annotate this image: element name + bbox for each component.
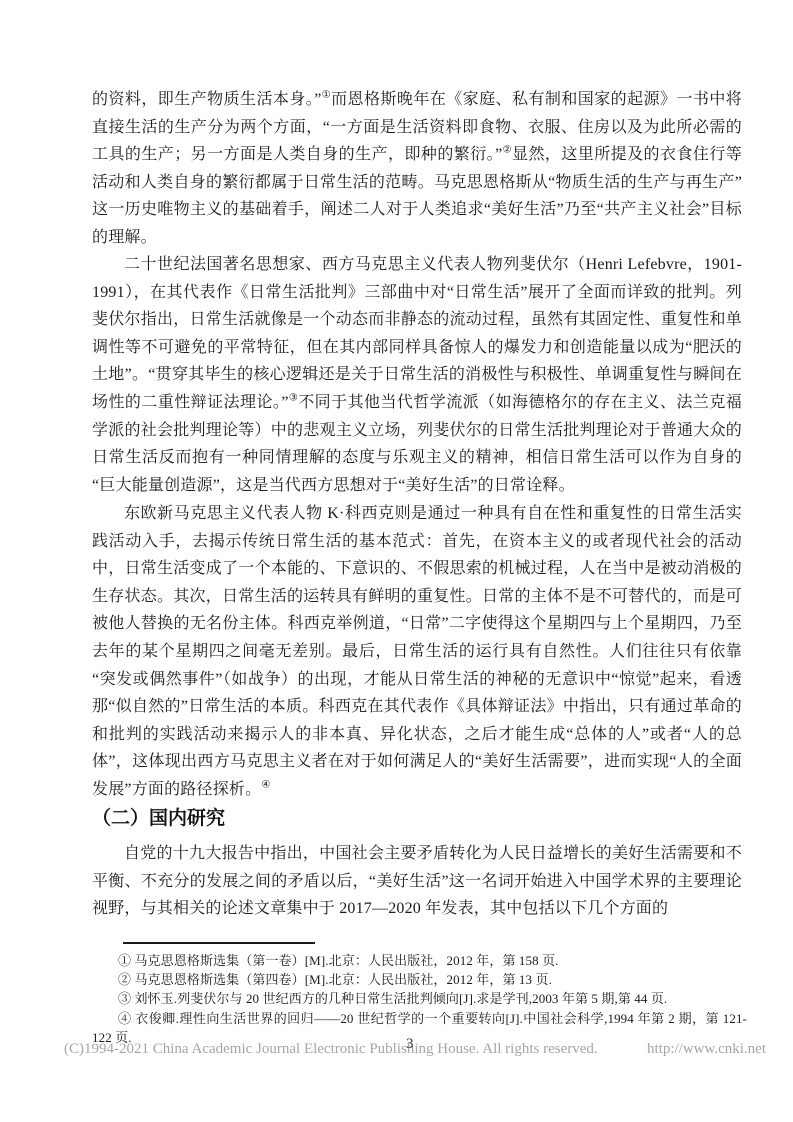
footnote-separator [123,942,315,944]
body-paragraph-continuation: 的资料，即生产物质生活本身。”①而恩格斯晚年在《家庭、私有制和国家的起源》一书中… [92,86,742,252]
cnki-url: http://www.cnki.net [647,1040,766,1058]
copyright-text: (C)1994-2021 China Academic Journal Elec… [64,1040,598,1058]
body-paragraph-lefebvre: 二十世纪法国著名思想家、西方马克思主义代表人物列斐伏尔（Henri Lefebv… [92,251,742,499]
section-heading-domestic-research: （二）国内研究 [92,806,742,832]
footnote-3: ③ 刘怀玉.列斐伏尔与 20 世纪西方的几种日常生活批判倾向[J].求是学刊,2… [92,989,747,1008]
footnote-area: ① 马克思恩格斯选集（第一卷）[M].北京：人民出版社，2012 年，第 158… [92,942,747,1047]
footnote-2: ② 马克思恩格斯选集（第四卷）[M].北京：人民出版社，2012 年，第 13 … [92,970,747,989]
document-page: 的资料，即生产物质生活本身。”①而恩格斯晚年在《家庭、私有制和国家的起源》一书中… [0,0,793,1122]
body-paragraph-kosik: 东欧新马克思主义代表人物 K·科西克则是通过一种具有自在性和重复性的日常生活实践… [92,500,742,804]
body-paragraph-domestic: 自党的十九大报告中指出，中国社会主要矛盾转化为人民日益增长的美好生活需要和不平衡… [92,840,742,923]
page-number: 3 [406,1036,414,1053]
footnote-1: ① 马克思恩格斯选集（第一卷）[M].北京：人民出版社，2012 年，第 158… [92,951,747,970]
cnki-watermark: (C)1994-2021 China Academic Journal Elec… [64,1040,766,1058]
